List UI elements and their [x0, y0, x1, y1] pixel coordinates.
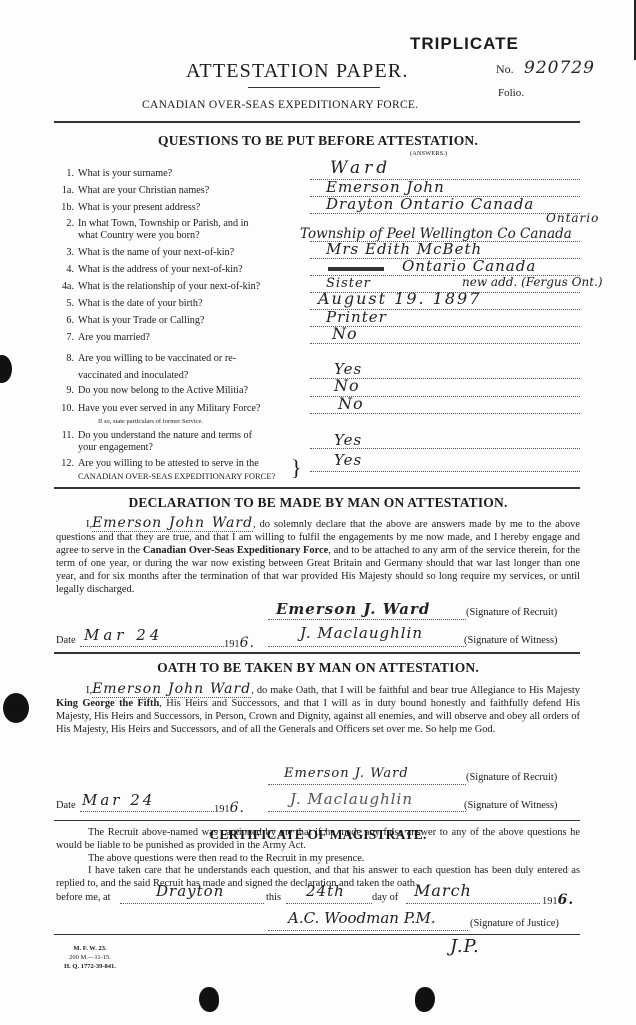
form-codes: M. F. W. 23. 200 M.—11-15. H. Q. 1772-39…	[58, 944, 122, 971]
number-label: No.	[496, 62, 514, 77]
form-code-2: 200 M.—11-15.	[58, 953, 122, 962]
answer-date-of-birth: August 19. 1897	[318, 291, 481, 307]
oath-recruit-signature: Emerson J. Ward	[284, 766, 409, 781]
question-4: 4.What is the address of your next-of-ki…	[56, 264, 243, 276]
declaration-rule	[54, 652, 580, 654]
declaration-title: DECLARATION TO BE MADE BY MAN ON ATTESTA…	[0, 495, 636, 511]
question-7: 7.Are you married?	[56, 332, 150, 344]
question-1b: 1b.What is your present address?	[56, 202, 200, 214]
question-11: 11.Do you understand the nature and term…	[56, 430, 252, 454]
oath-witness-label: (Signature of Witness)	[464, 800, 557, 811]
answer-surname: Ward	[330, 160, 391, 176]
answer-next-of-kin: Mrs Edith McBeth	[326, 241, 482, 257]
oath-date-line	[80, 810, 214, 812]
answer-next-of-kin-address: Ontario Canada	[402, 258, 536, 274]
declaration-year: 1916.	[224, 635, 255, 651]
declaration-recruit-sig-line	[268, 618, 466, 620]
certificate-justice-signature: A.C. Woodman P.M.	[288, 909, 436, 927]
answer-vaccinated: Yes	[334, 361, 362, 377]
answer-trade: Printer	[326, 309, 387, 325]
answer-understand-terms: Yes	[334, 432, 362, 448]
answer-relationship-note: new add. (Fergus Ont.)	[462, 274, 603, 290]
answer-christian-names: Emerson John	[326, 179, 445, 195]
declaration-date-label: Date	[56, 635, 76, 646]
triplicate-stamp: TRIPLICATE	[410, 34, 519, 54]
oath-witness-signature: J. Maclaughlin	[290, 790, 413, 808]
oath-date-label: Date	[56, 800, 76, 811]
oath-body: I,Emerson John Ward, do make Oath, that …	[56, 683, 580, 736]
punch-hole	[199, 987, 219, 1012]
punch-hole	[415, 987, 435, 1012]
oath-recruit-sig-line	[268, 783, 466, 785]
oath-recruit-name: Emerson John Ward	[92, 681, 251, 698]
form-code-1: M. F. W. 23.	[58, 944, 122, 953]
oath-rule	[54, 820, 580, 821]
questions-title: QUESTIONS TO BE PUT BEFORE ATTESTATION.	[0, 133, 636, 149]
questions-rule	[54, 487, 580, 489]
answers-label: (ANSWERS.)	[410, 150, 447, 157]
certificate-justice-label: (Signature of Justice)	[470, 918, 559, 929]
answer-married: No	[332, 326, 358, 342]
declaration-date: Mar 24	[84, 626, 163, 644]
oath-year: 1916.	[214, 800, 245, 816]
header-rule	[54, 121, 580, 123]
certificate-place-line	[120, 902, 264, 904]
declaration-recruit-label: (Signature of Recruit)	[466, 607, 557, 618]
folio-label: Folio.	[498, 87, 524, 99]
certificate-day-line	[286, 902, 372, 904]
form-code-3: H. Q. 1772-39-841.	[58, 962, 122, 971]
regimental-number: 920729	[524, 58, 595, 78]
question-2: 2.In what Town, Township or Parish, and …	[56, 218, 249, 242]
answer-active-militia: No	[334, 378, 360, 394]
certificate-day: 24th	[306, 882, 345, 900]
answer-birthplace-province: Ontario	[546, 210, 599, 226]
answer-present-address: Drayton Ontario Canada	[326, 196, 534, 212]
question-5: 5.What is the date of your birth?	[56, 298, 202, 310]
question-6: 6.What is your Trade or Calling?	[56, 315, 204, 327]
declaration-witness-label: (Signature of Witness)	[464, 635, 557, 646]
declaration-date-line	[80, 645, 224, 647]
question-8: 8.Are you willing to be vaccinated or re…	[56, 350, 236, 384]
certificate-month: March	[414, 881, 472, 900]
certificate-justice-sig-line	[268, 929, 468, 931]
question-1: 1.What is your surname?	[56, 168, 172, 180]
punch-hole	[3, 693, 29, 723]
declaration-body: I,Emerson John Ward, do solemnly declare…	[56, 517, 580, 597]
oath-date: Mar 24	[82, 791, 155, 809]
page-subtitle: CANADIAN OVER-SEAS EXPEDITIONARY FORCE.	[142, 99, 418, 111]
question-10: 10.Have you ever served in any Military …	[56, 403, 260, 428]
certificate-rule	[54, 934, 580, 935]
oath-recruit-label: (Signature of Recruit)	[466, 772, 557, 783]
answer-willing-attested: Yes	[334, 452, 362, 468]
page-title: ATTESTATION PAPER.	[186, 60, 409, 83]
certificate-this-label: this	[266, 892, 281, 903]
question-12: 12.Are you willing to be attested to ser…	[56, 458, 275, 483]
question-1a: 1a.What are your Christian names?	[56, 185, 209, 197]
punch-hole	[0, 355, 12, 383]
jp-mark: J.P.	[450, 936, 480, 957]
declaration-recruit-name: Emerson John Ward	[92, 515, 253, 532]
question-3: 3.What is the name of your next-of-kin?	[56, 247, 234, 259]
certificate-para-1: The Recruit above-named was cautioned by…	[56, 826, 580, 852]
oath-title: OATH TO BE TAKEN BY MAN ON ATTESTATION.	[0, 660, 636, 676]
struck-out-text	[328, 267, 384, 271]
declaration-recruit-signature: Emerson J. Ward	[276, 600, 430, 618]
certificate-year: 1916.	[542, 892, 574, 908]
answer-line-12	[310, 470, 580, 472]
oath-witness-sig-line	[268, 810, 466, 812]
title-underline	[248, 87, 380, 88]
answer-military-force: No	[338, 396, 364, 412]
question-4a: 4a.What is the relationship of your next…	[56, 281, 260, 293]
certificate-month-line	[406, 902, 540, 904]
certificate-before-label: before me, at	[56, 892, 111, 903]
certificate-place: Drayton	[156, 882, 224, 900]
declaration-witness-signature: J. Maclaughlin	[300, 624, 423, 642]
certificate-day-of-label: day of	[372, 892, 398, 903]
brace: }	[291, 457, 302, 479]
question-9: 9.Do you now belong to the Active Militi…	[56, 385, 248, 397]
declaration-witness-sig-line	[268, 645, 466, 647]
